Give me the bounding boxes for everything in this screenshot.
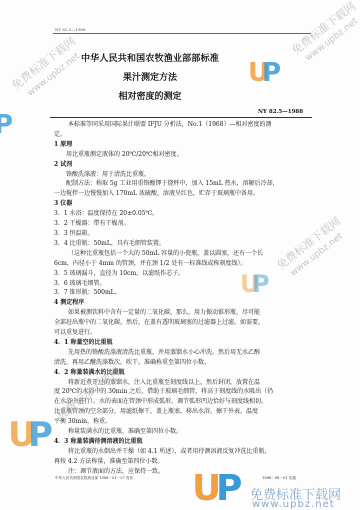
watermark-site-cn: 免费标准下载网: [250, 484, 341, 503]
paragraph: 度 20℃的水浴中的 30min 之后，借助于玻璃毛细管，将高于刻度线的水吸出（…: [54, 387, 312, 397]
watermark-logo: U P: [240, 270, 280, 300]
watermark-logo: P: [0, 110, 30, 140]
paragraph: 一边搅拌一边慢慢加入 170mL 浓硫酸，溶液呈红色，贮存于玻璃瓶中备用。: [54, 189, 312, 199]
watermark-site-url: www.upbz.net: [252, 499, 335, 510]
watermark-logo: U P: [248, 58, 288, 88]
standard-rule: [50, 117, 312, 118]
paragraph: 比重瓶管颈的空余部分，用滤纸擦干，盖上瓶塞，移出水浴，擦干外表，温度: [54, 407, 312, 417]
footer-effective: 1988－08－01 实施: [262, 476, 296, 481]
paragraph: 铬酸洗涤液：用于清洗比重瓶。: [54, 170, 312, 180]
document-page: NY 82.5—1988 中华人民共和国农牧渔业部部标准 果汁测定方法 相对密度…: [0, 0, 360, 510]
paragraph: 再按 4.2 方法称量，准确至第四位小数。: [54, 457, 312, 467]
doc-subtitle: 相对密度的测定: [0, 89, 330, 102]
intro-line: 本标准等同采用国际果汁联盟 IFJU 分析法，No.1（1968）—相对密度的测: [54, 120, 312, 130]
list-item: 3．2 干燥器：带有干燥剂。: [54, 219, 312, 229]
header-rule: [53, 33, 311, 34]
subsection-heading: 4．1 称量空的比重瓶: [54, 338, 312, 348]
paragraph: 称量装满水的比重瓶，准确至第四位小数。: [54, 427, 312, 437]
list-item: 3．3 恒温箱。: [54, 229, 312, 239]
intro-line: 定。: [54, 130, 312, 140]
section-heading: 3 仪器: [54, 199, 312, 209]
paragraph: 配制方法：称取 5g 工业用重铬酸钾于烧杯中，加入 15mL 热水，溶解后冷却，: [54, 179, 312, 189]
paragraph: 将比重瓶的水倒出并干燥（如 4.1 所述），或者用待测溶液反复冲洗比重瓶，: [54, 447, 312, 457]
standard-code: NY 82.5—1988: [258, 109, 303, 115]
list-item: 3．1 水浴：温度保持在 20±0.05℃。: [54, 209, 312, 219]
paragraph: 全部赶出瓶中的二氧化碳。然后，在盖有透明玻璃塞的过滤器上过滤。如需要，: [54, 318, 312, 328]
paragraph: 先用热的铬酸洗涤液清洗比重瓶，并用蒸馏水小心冲洗。然后用无水乙醇: [54, 348, 312, 358]
footer-issued: 中华人民共和国农牧渔业部 1988－01－27 发布: [55, 476, 133, 481]
paragraph: 如果被测饮料中含有一定量的二氧化碳，那么，用力振动锥形瓶，尽可能: [54, 308, 312, 318]
header-top-code: NY 82.5—1988: [55, 27, 86, 32]
watermark-logo: U P: [8, 415, 58, 455]
paragraph: 用比重瓶测定液体的 20℃/20℃相对密度。: [54, 150, 312, 160]
watermark-text: 免费标准下载网: [288, 0, 359, 58]
list-item: 3．4 比重瓶：50mL，具有毛细管装置。: [54, 239, 312, 249]
paragraph: 可以重复进行。: [54, 328, 312, 338]
paragraph: 平衡 30min，称重。: [54, 417, 312, 427]
section-heading: 2 试剂: [54, 160, 312, 170]
note-line: （这种比重瓶包括一个大的 50mL 容量的小瓷瓶，盖以圆塞，还有一个长: [54, 249, 312, 259]
subsection-heading: 4．2 称量装满水的比重瓶: [54, 368, 312, 378]
subsection-heading: 4．3 称量装满待测溶液的比重瓶: [54, 437, 312, 447]
paragraph: 将新近煮开过的蒸馏水，注入比重瓶至刻度线以上，然后封闭，放置在温: [54, 378, 312, 388]
watermark-logo: U P: [192, 472, 252, 510]
paragraph: 清洗，再用乙醚洗涤数次，吹干。准确称重至第四位小数。: [54, 358, 312, 368]
paragraph: 在水浴中进行）。水的表面在管颈中形成弧形，调节弧形凹边恰好与刻度线相切。: [54, 397, 312, 407]
note-line: 6cm，内径小于 4mm 的管颈，并在颈 1/2 处有一标准线或称刻度线）。: [54, 259, 312, 269]
section-heading: 1 原理: [54, 140, 312, 150]
